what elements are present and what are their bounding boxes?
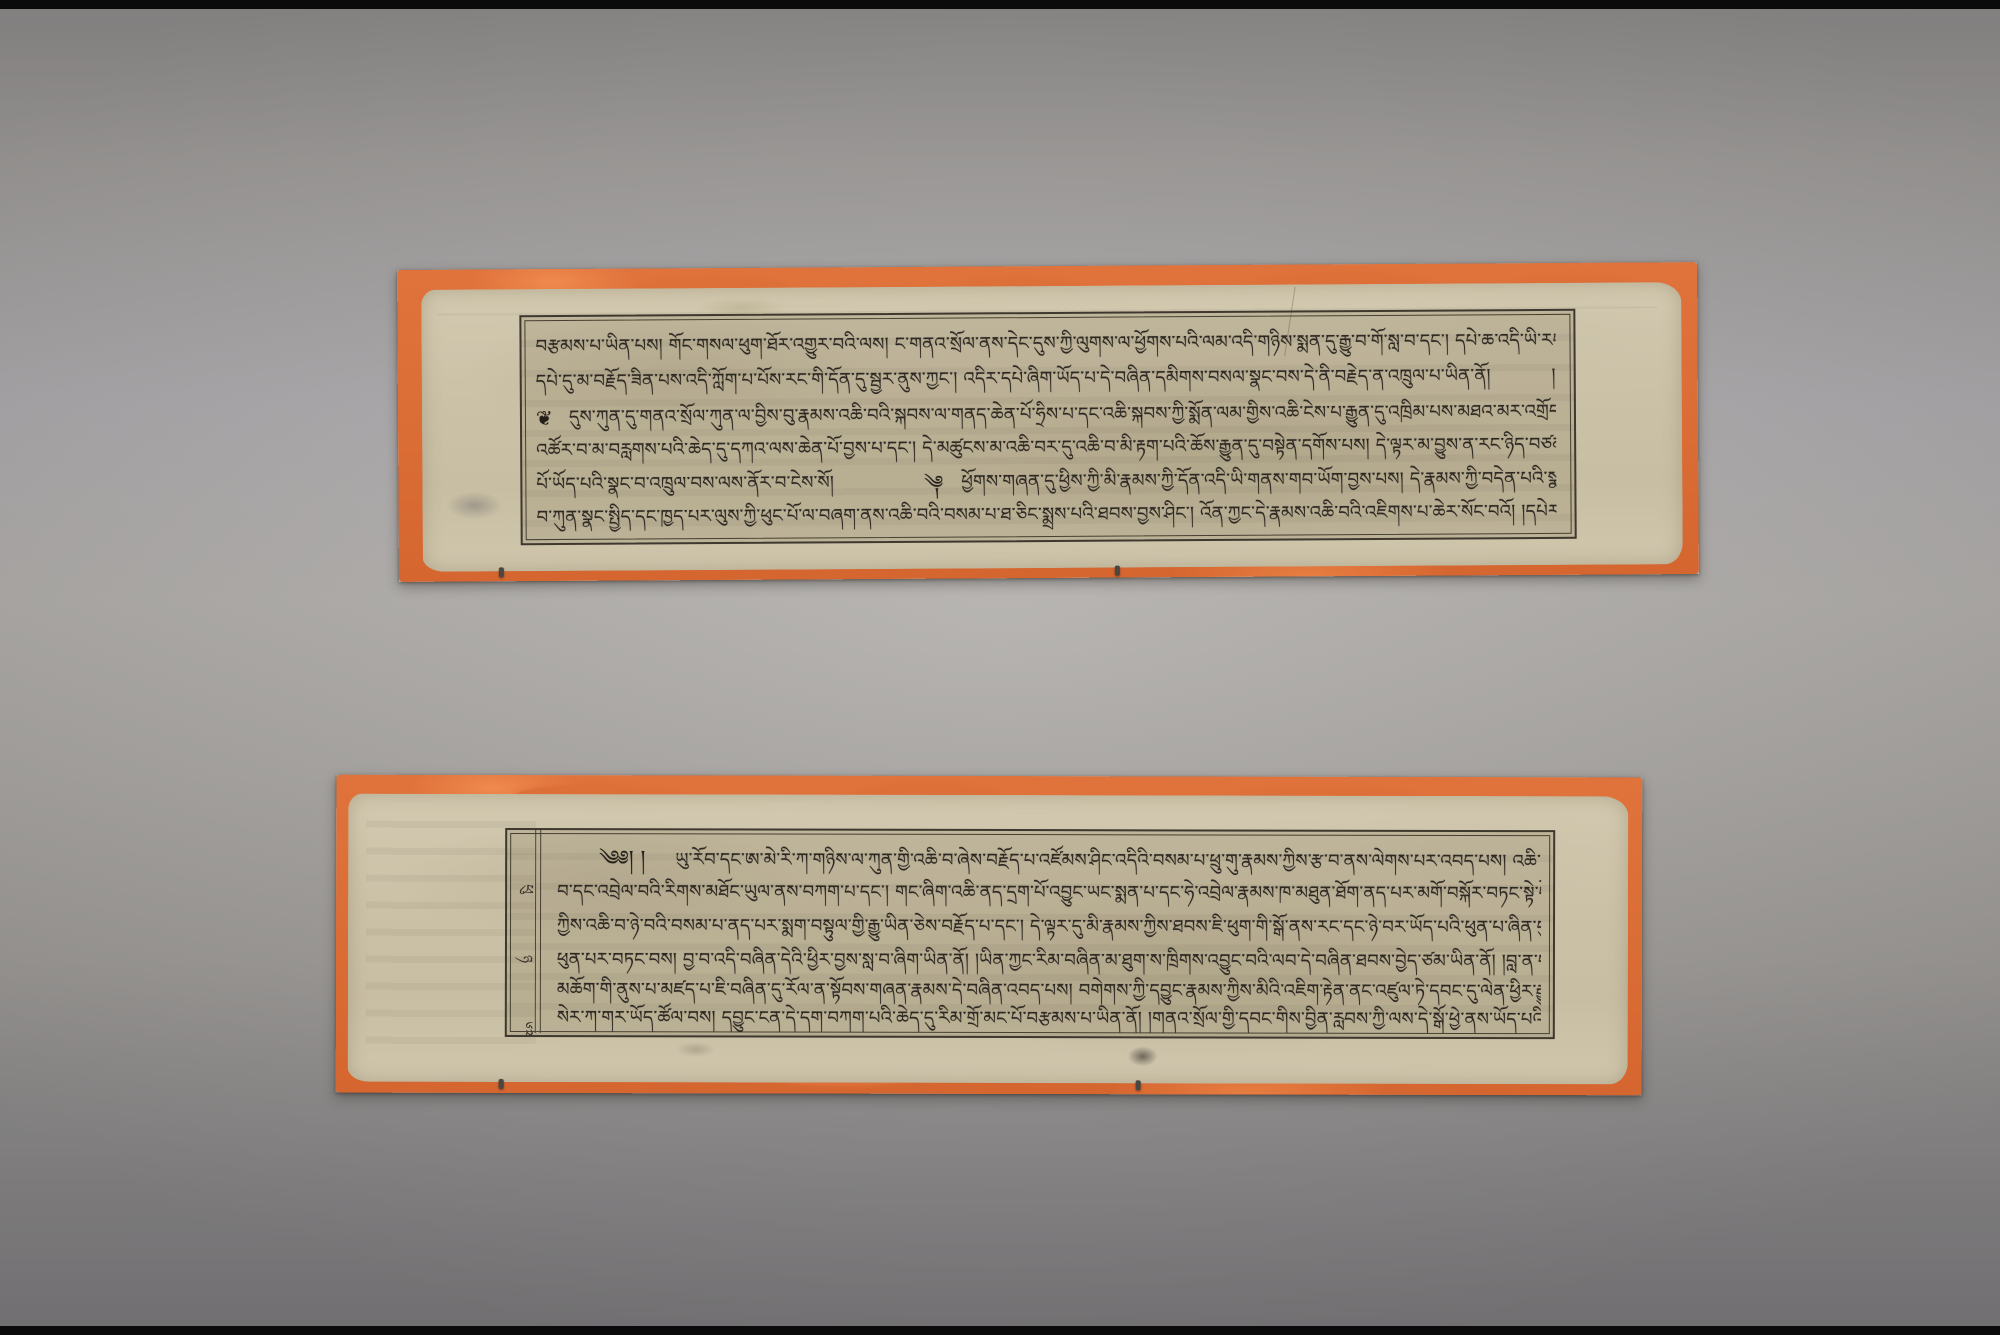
text-frame: བརྩམས་པ་ཡིན་པས། གོང་གསལ་ཕུག་ཐོར་འགྱུར་བའ… (519, 309, 1576, 545)
yig-mgo-head-mark: ༄༅། ། (599, 846, 645, 870)
text-line: ❦ དུས་ཀུན་དུ་གནའ་སྲོལ་ཀུན་ལ་བྱིས་བུ་རྣམས… (536, 396, 1556, 434)
leaf-ornament-icon: ❦ (536, 402, 553, 434)
text-line: ཕུན་པར་བཏང་བས། བྱ་བ་འདི་བཞིན་དེའི་ཕྱིར་བ… (557, 944, 1541, 978)
section-mark-icon: ༆ (924, 467, 944, 499)
text-line-body: ཕྱོགས་གཞན་དུ་ཕྱིས་ཀྱི་མི་རྣམས་ཀྱི་དོན་འད… (961, 463, 1556, 499)
mounting-pin (1136, 1080, 1141, 1090)
text-line: པོ་ཡོད་པའི་སྣང་བ་འཁྲུལ་བས་ལས་ནོར་བ་ངེས་ས… (536, 463, 1556, 501)
text-line: འཚོར་བ་མ་བརླགས་པའི་ཆེད་དུ་དཀའ་ལས་ཆེན་པོ་… (536, 429, 1556, 467)
text-line-body: དུས་ཀུན་དུ་གནའ་སྲོལ་ཀུན་ལ་བྱིས་བུ་རྣམས་འ… (569, 396, 1556, 434)
mounting-pin (1115, 566, 1120, 576)
manuscript-leaf-bottom: ཕུ ཉ ༦༢ ༄༅། ། ཡུ་རོབ་དང་ཨ་མེ་རི་ཀ་གཉིས་ལ… (336, 775, 1643, 1096)
text-line: བ་དང་འབྲེལ་བའི་རིགས་མཐོང་ཡུལ་ནས་བཀག་པ་དང… (557, 876, 1541, 910)
letterbox-bar-top (0, 0, 2000, 9)
letterbox-bar-bottom (0, 1326, 2000, 1335)
mounting-pin (499, 1079, 504, 1089)
vignette (0, 0, 2000, 1335)
text-line-body: པོ་ཡོད་པའི་སྣང་བ་འཁྲུལ་བས་ལས་ནོར་བ་ངེས་ས… (536, 467, 834, 501)
text-line: བ་ཀུན་སྣང་སྤྱིད་དང་ཁྱད་པར་ལུས་ཀྱི་ཕུང་པོ… (536, 496, 1556, 534)
text-frame: ༄༅། ། ཡུ་རོབ་དང་ཨ་མེ་རི་ཀ་གཉིས་ལ་ཀུན་གྱི… (505, 828, 1555, 1039)
line-end-shad: ། (1551, 360, 1555, 392)
text-line-body: དཔེ་དུ་མ་བརྗོད་ཟིན་པས་འདི་ཀློག་པ་པོས་རང་… (536, 360, 1491, 398)
manuscript-leaf-top: བརྩམས་པ་ཡིན་པས། གོང་གསལ་ཕུག་ཐོར་འགྱུར་བའ… (397, 262, 1699, 582)
text-line: དཔེ་དུ་མ་བརྗོད་ཟིན་པས་འདི་ཀློག་པ་པོས་རང་… (536, 360, 1556, 398)
photograph: བརྩམས་པ་ཡིན་པས། གོང་གསལ་ཕུག་ཐོར་འགྱུར་བའ… (0, 0, 2000, 1335)
text-line: ཀྱིས་འཆི་བ་ཉེ་བའི་བསམ་པ་ནད་པར་སྨག་བསྟུལ་… (557, 910, 1541, 944)
mounting-pin (499, 567, 504, 577)
text-line: བརྩམས་པ་ཡིན་པས། གོང་གསལ་ཕུག་ཐོར་འགྱུར་བའ… (535, 325, 1555, 363)
text-line: སེར་ཀ་གར་ཡོད་ཚོལ་བས། དབྱུང་ངན་དེ་དག་བཀག་… (557, 1002, 1541, 1036)
line-gap (834, 467, 924, 500)
text-line-body: ཡུ་རོབ་དང་ཨ་མེ་རི་ཀ་གཉིས་ལ་ཀུན་གྱི་འཆི་བ… (675, 849, 1541, 872)
text-line: ༄༅། ། ཡུ་རོབ་དང་ཨ་མེ་རི་ཀ་གཉིས་ལ་ཀུན་གྱི… (557, 842, 1579, 876)
